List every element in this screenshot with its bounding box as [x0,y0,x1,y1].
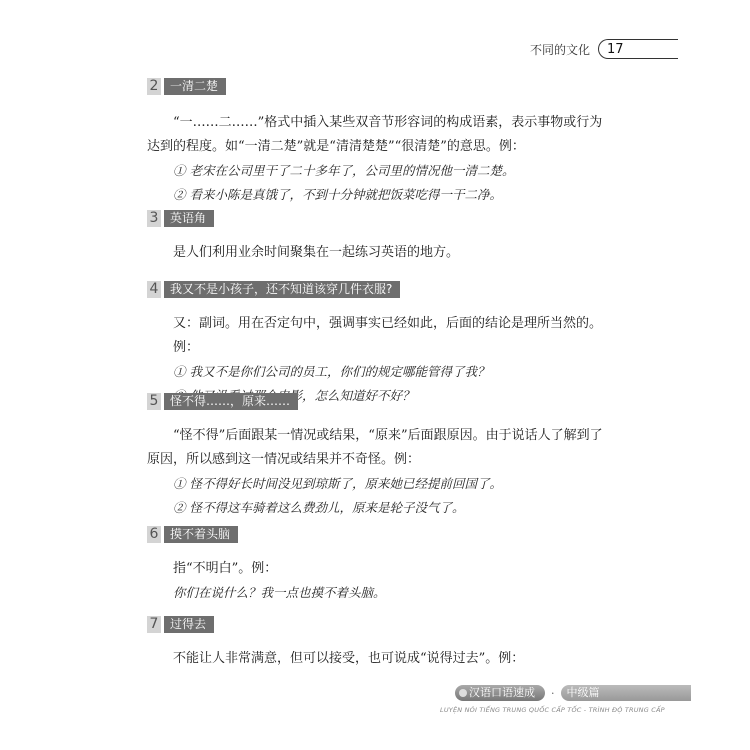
section-number: 3 [147,210,161,227]
section-title: 摸不着头脑 [164,526,238,543]
section-5: 5 怪不得……，原来…… “怪不得”后面跟某一情况或结果，“原来”后面跟原因。由… [147,393,627,520]
book-title: 汉语口语速成 [469,686,535,699]
running-header: 不同的文化 17 [530,38,678,60]
explanation-line: “怪不得”后面跟某一情况或结果，“原来”后面跟原因。由于说话人了解到了 [147,424,627,448]
section-3: 3 英语角 是人们利用业余时间聚集在一起练习英语的地方。 [147,210,627,265]
example-sentence: ② 看来小陈是真饿了，不到十分钟就把饭菜吃得一干二净。 [147,183,627,207]
explanation-line: 又：副词。用在否定句中，强调事实已经如此，后面的结论是理所当然的。例： [147,312,627,360]
section-number: 2 [147,78,161,95]
explanation-line: “一……二……”格式中插入某些双音节形容词的构成语素，表示事物或行为 [147,111,627,135]
section-2: 2 一清二楚 “一……二……”格式中插入某些双音节形容词的构成语素，表示事物或行… [147,78,627,207]
section-heading: 5 怪不得……，原来…… [147,393,627,410]
section-title: 怪不得……，原来…… [164,393,298,410]
section-heading: 3 英语角 [147,210,627,227]
book-title-badge: 汉语口语速成 [455,685,545,701]
example-sentence: ① 老宋在公司里干了二十多年了，公司里的情况他一清二楚。 [147,159,627,183]
section-number: 7 [147,616,161,633]
section-heading: 6 摸不着头脑 [147,526,627,543]
section-heading: 4 我又不是小孩子，还不知道该穿几件衣服? [147,281,627,298]
section-title: 过得去 [164,616,214,633]
example-sentence: ① 怪不得好长时间没见到琼斯了，原来她已经提前回国了。 [147,472,627,496]
section-number: 5 [147,393,161,410]
section-number: 6 [147,526,161,543]
explanation-line: 是人们利用业余时间聚集在一起练习英语的地方。 [147,241,627,265]
explanation-line: 原因，所以感到这一情况或结果并不奇怪。例： [147,448,627,472]
section-7: 7 过得去 不能让人非常满意，但可以接受，也可说成“说得过去”。例： [147,616,627,671]
section-4: 4 我又不是小孩子，还不知道该穿几件衣服? 又：副词。用在否定句中，强调事实已经… [147,281,627,408]
section-heading: 7 过得去 [147,616,627,633]
explanation-line: 不能让人非常满意，但可以接受，也可说成“说得过去”。例： [147,647,627,671]
section-title: 英语角 [164,210,214,227]
example-sentence: ② 怪不得这车骑着这么费劲儿，原来是轮子没气了。 [147,496,627,520]
page-number: 17 [607,42,624,57]
explanation-line: 达到的程度。如“一清二楚”就是“清清楚楚”“很清楚”的意思。例： [147,135,627,159]
level-label: 中级篇 [567,686,600,699]
explanation-line: 指“不明白”。例： [147,557,627,581]
chapter-title: 不同的文化 [530,41,590,58]
level-badge: 中级篇 [561,685,691,701]
example-sentence: 你们在说什么？我一点也摸不着头脑。 [147,581,627,605]
section-heading: 2 一清二楚 [147,78,627,95]
example-sentence: ① 我又不是你们公司的员工，你们的规定哪能管得了我？ [147,360,627,384]
book-footer: 汉语口语速成 · 中级篇 [455,685,691,701]
section-6: 6 摸不着头脑 指“不明白”。例： 你们在说什么？我一点也摸不着头脑。 [147,526,627,605]
section-number: 4 [147,281,161,298]
page-number-tab: 17 [598,39,678,59]
section-title: 一清二楚 [164,78,226,95]
section-title: 我又不是小孩子，还不知道该穿几件衣服? [164,281,400,298]
footer-subtitle: LUYỆN NÓI TIẾNG TRUNG QUỐC CẤP TỐC - TRÌ… [440,706,665,714]
separator: · [551,687,555,700]
bullet-icon [459,689,467,697]
